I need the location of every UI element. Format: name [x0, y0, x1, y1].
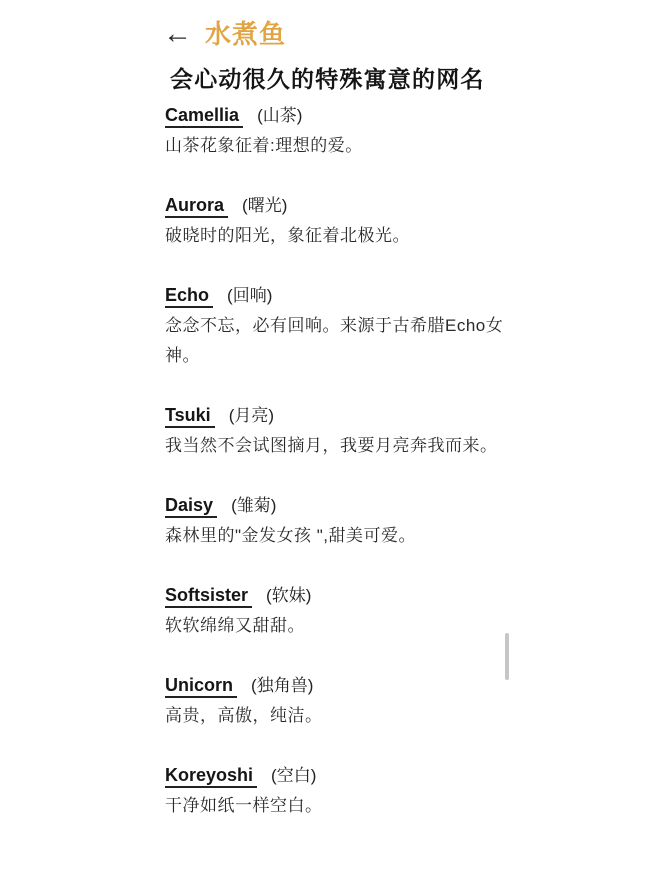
name-entry-list: Camellia (山茶) 山茶花象征着:理想的爱。 Aurora (曙光) 破… — [165, 100, 505, 850]
page-title: 会心动很久的特殊寓意的网名 — [170, 61, 485, 94]
entry-english-name: Softsister — [165, 585, 252, 608]
entry-description: 高贵，高傲，纯洁。 — [165, 701, 505, 731]
entry-description: 干净如纸一样空白。 — [165, 791, 505, 821]
entry-name-line: Aurora (曙光) — [165, 190, 505, 221]
list-item: Tsuki (月亮) 我当然不会试图摘月，我要月亮奔我而来。 — [165, 400, 505, 461]
list-item: Aurora (曙光) 破晓时的阳光，象征着北极光。 — [165, 190, 505, 251]
entry-english-name: Daisy — [165, 495, 217, 518]
entry-name-line: Koreyoshi (空白) — [165, 760, 505, 791]
entry-chinese-alias: (回响) — [227, 286, 272, 305]
entry-name-line: Daisy (雏菊) — [165, 490, 505, 521]
entry-name-line: Camellia (山茶) — [165, 100, 505, 131]
entry-name-line: Softsister (软妹) — [165, 580, 505, 611]
list-item: Camellia (山茶) 山茶花象征着:理想的爱。 — [165, 100, 505, 161]
list-item: Daisy (雏菊) 森林里的"金发女孩 ",甜美可爱。 — [165, 490, 505, 551]
entry-chinese-alias: (山茶) — [257, 106, 302, 125]
entry-description: 山茶花象征着:理想的爱。 — [165, 131, 505, 161]
entry-name-line: Tsuki (月亮) — [165, 400, 505, 431]
entry-chinese-alias: (软妹) — [266, 586, 311, 605]
list-item: Echo (回响) 念念不忘，必有回响。来源于古希腊Echo女神。 — [165, 280, 505, 371]
top-bar: ← 水煮鱼 — [163, 17, 286, 51]
entry-chinese-alias: (空白) — [271, 766, 316, 785]
entry-english-name: Koreyoshi — [165, 765, 257, 788]
entry-english-name: Echo — [165, 285, 213, 308]
entry-chinese-alias: (月亮) — [229, 406, 274, 425]
list-item: Koreyoshi (空白) 干净如纸一样空白。 — [165, 760, 505, 821]
entry-english-name: Tsuki — [165, 405, 215, 428]
entry-description: 我当然不会试图摘月，我要月亮奔我而来。 — [165, 431, 505, 461]
entry-english-name: Aurora — [165, 195, 228, 218]
entry-chinese-alias: (曙光) — [242, 196, 287, 215]
list-item: Unicorn (独角兽) 高贵，高傲，纯洁。 — [165, 670, 505, 731]
entry-description: 念念不忘，必有回响。来源于古希腊Echo女神。 — [165, 311, 505, 371]
entry-english-name: Camellia — [165, 105, 243, 128]
entry-description: 破晓时的阳光，象征着北极光。 — [165, 221, 505, 251]
entry-chinese-alias: (独角兽) — [251, 676, 313, 695]
back-arrow-icon[interactable]: ← — [163, 18, 192, 50]
scrollbar-thumb[interactable] — [505, 633, 509, 680]
list-item: Softsister (软妹) 软软绵绵又甜甜。 — [165, 580, 505, 641]
entry-name-line: Unicorn (独角兽) — [165, 670, 505, 701]
entry-description: 软软绵绵又甜甜。 — [165, 611, 505, 641]
entry-name-line: Echo (回响) — [165, 280, 505, 311]
entry-chinese-alias: (雏菊) — [231, 496, 276, 515]
entry-description: 森林里的"金发女孩 ",甜美可爱。 — [165, 521, 505, 551]
app-title[interactable]: 水煮鱼 — [205, 17, 286, 51]
entry-english-name: Unicorn — [165, 675, 237, 698]
